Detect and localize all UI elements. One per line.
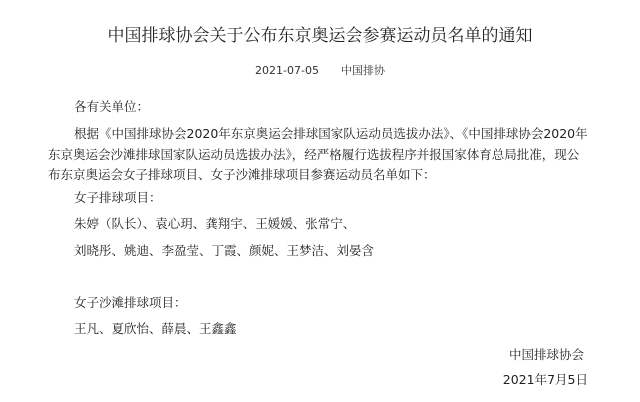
publish-source: 中国排协 <box>341 63 385 79</box>
salutation: 各有关单位： <box>74 97 614 118</box>
signature-organization: 中国排球协会 <box>509 345 584 365</box>
women-beach-volleyball-label: 女子沙滩排球项目： <box>74 293 614 314</box>
page-title: 中国排球协会关于公布东京奥运会参赛运动员名单的通知 <box>0 24 640 48</box>
women-volleyball-roster: 朱婷（队长）、袁心玥、龚翔宇、王媛媛、张常宁、 刘晓彤、姚迪、李盈莹、丁霞、颜妮… <box>74 214 614 268</box>
publish-date: 2021-07-05 <box>255 63 319 79</box>
roster-line: 朱婷（队长）、袁心玥、龚翔宇、王媛媛、张常宁、 <box>74 214 614 241</box>
article-meta: 2021-07-05中国排协 <box>0 63 640 79</box>
body-paragraph: 根据《中国排球协会2020年东京奥运会排球国家队运动员选拔办法》、《中国排球协会… <box>48 124 588 186</box>
signature-date: 2021年7月5日 <box>503 370 588 390</box>
women-volleyball-label: 女子排球项目： <box>74 188 614 209</box>
women-beach-volleyball-roster: 王凡、夏欣怡、薛晨、王鑫鑫 <box>74 319 614 340</box>
roster-line: 刘晓彤、姚迪、李盈莹、丁霞、颜妮、王梦洁、刘晏含 <box>74 241 614 268</box>
